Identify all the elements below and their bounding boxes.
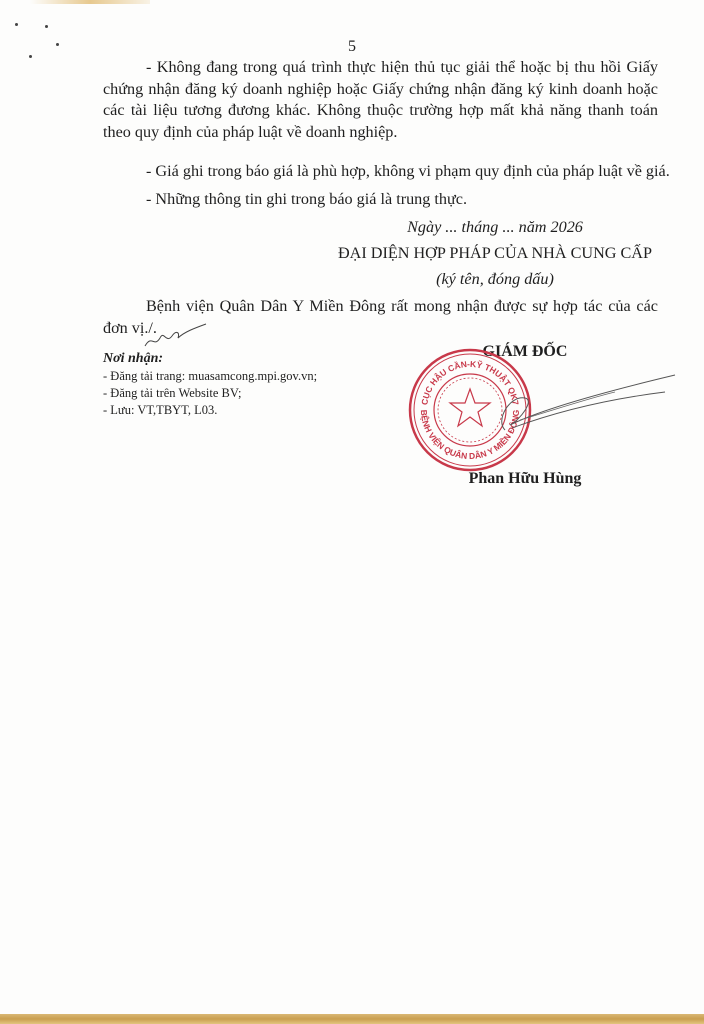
paragraph-truthful-info: - Những thông tin ghi trong báo giá là t… xyxy=(146,190,467,209)
page-number: 5 xyxy=(0,38,704,56)
recipients-list: Nơi nhận: - Đăng tải trang: muasamcong.m… xyxy=(103,350,317,419)
star-icon xyxy=(450,389,490,426)
date-line: Ngày ... tháng ... năm 2026 xyxy=(330,218,660,237)
scan-speck xyxy=(15,23,18,26)
supplier-representative-title: ĐẠI DIỆN HỢP PHÁP CỦA NHÀ CUNG CẤP xyxy=(330,244,660,263)
paragraph-no-dissolution: - Không đang trong quá trình thực hiện t… xyxy=(103,57,658,143)
paper-edge-top xyxy=(30,0,150,4)
director-signature xyxy=(490,370,680,450)
scan-speck xyxy=(45,25,48,28)
paragraph-price-compliance: - Giá ghi trong báo giá là phù hợp, khôn… xyxy=(146,162,670,181)
paper-edge-bottom xyxy=(0,1014,704,1024)
initials-signature xyxy=(140,320,210,350)
recipient-item: - Đăng tải trên Website BV; xyxy=(103,385,317,402)
recipient-item: - Đăng tải trang: muasamcong.mpi.gov.vn; xyxy=(103,368,317,385)
signer-name: Phan Hữu Hùng xyxy=(440,470,610,488)
recipient-item: - Lưu: VT,TBYT, L03. xyxy=(103,402,317,419)
sign-seal-note: (ký tên, đóng dấu) xyxy=(330,270,660,289)
recipients-title: Nơi nhận: xyxy=(103,350,317,367)
